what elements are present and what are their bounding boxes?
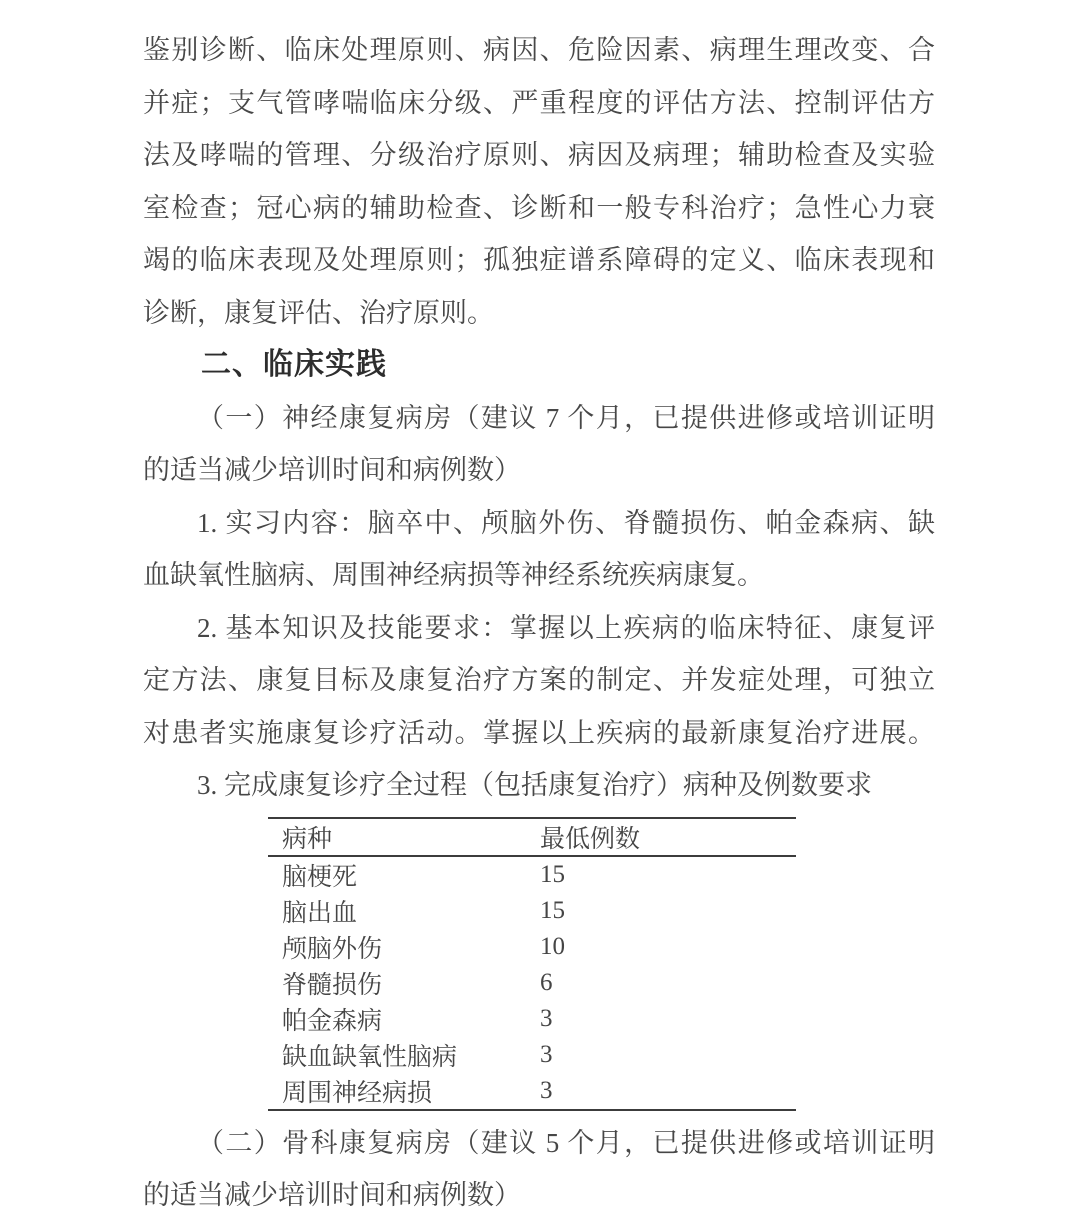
table-cell-min-cases: 15 xyxy=(540,856,796,893)
table-row: 脑梗死 15 xyxy=(268,856,796,893)
paragraph-line: 鉴别诊断、临床处理原则、病因、危险因素、病理生理改变、合 xyxy=(143,24,935,77)
table-cell-disease: 脊髓损伤 xyxy=(268,965,540,1001)
subsection-neuro-rehab-line: （一）神经康复病房（建议 7 个月，已提供进修或培训证明 xyxy=(143,392,935,445)
table-header-min-cases: 最低例数 xyxy=(540,818,796,856)
table-row: 脑出血 15 xyxy=(268,893,796,929)
document-page: 鉴别诊断、临床处理原则、病因、危险因素、病理生理改变、合 并症；支气管哮喘临床分… xyxy=(0,0,1080,1214)
item-knowledge-skills-line: 对患者实施康复诊疗活动。掌握以上疾病的最新康复治疗进展。 xyxy=(143,707,935,760)
paragraph-line: 法及哮喘的管理、分级治疗原则、病因及病理；辅助检查及实验 xyxy=(143,129,935,182)
table-cell-disease: 脑梗死 xyxy=(268,856,540,893)
item-internship-content-line: 1. 实习内容：脑卒中、颅脑外伤、脊髓损伤、帕金森病、缺 xyxy=(143,497,935,550)
item-case-requirements-line: 3. 完成康复诊疗全过程（包括康复治疗）病种及例数要求 xyxy=(143,759,935,812)
table-row: 周围神经病损 3 xyxy=(268,1073,796,1110)
table-cell-min-cases: 10 xyxy=(540,929,796,965)
table-cell-min-cases: 6 xyxy=(540,965,796,1001)
table-cell-disease: 周围神经病损 xyxy=(268,1073,540,1110)
item-knowledge-skills-line: 定方法、康复目标及康复治疗方案的制定、并发症处理，可独立 xyxy=(143,654,935,707)
table-cell-disease: 帕金森病 xyxy=(268,1001,540,1037)
table-cell-disease: 颅脑外伤 xyxy=(268,929,540,965)
paragraph-line: 竭的临床表现及处理原则；孤独症谱系障碍的定义、临床表现和 xyxy=(143,234,935,287)
item-internship-content-line: 血缺氧性脑病、周围神经病损等神经系统疾病康复。 xyxy=(143,549,935,602)
subsection-ortho-rehab-line: 的适当减少培训时间和病例数） xyxy=(143,1169,935,1214)
paragraph-line: 并症；支气管哮喘临床分级、严重程度的评估方法、控制评估方 xyxy=(143,77,935,130)
item-knowledge-skills-line: 2. 基本知识及技能要求：掌握以上疾病的临床特征、康复评 xyxy=(143,602,935,655)
table-row: 颅脑外伤 10 xyxy=(268,929,796,965)
section-heading-clinical-practice: 二、临床实践 xyxy=(143,339,935,392)
table-cell-min-cases: 3 xyxy=(540,1001,796,1037)
table-header-row: 病种 最低例数 xyxy=(268,818,796,856)
paragraph-line: 室检查；冠心病的辅助检查、诊断和一般专科治疗；急性心力衰 xyxy=(143,182,935,235)
table-cell-min-cases: 15 xyxy=(540,893,796,929)
paragraph-line: 诊断，康复评估、治疗原则。 xyxy=(143,287,935,340)
table-row: 帕金森病 3 xyxy=(268,1001,796,1037)
document-content: 鉴别诊断、临床处理原则、病因、危险因素、病理生理改变、合 并症；支气管哮喘临床分… xyxy=(143,24,935,1214)
subsection-ortho-rehab-line: （二）骨科康复病房（建议 5 个月，已提供进修或培训证明 xyxy=(143,1117,935,1170)
table-header-disease: 病种 xyxy=(268,818,540,856)
table-row: 缺血缺氧性脑病 3 xyxy=(268,1037,796,1073)
table-cell-disease: 缺血缺氧性脑病 xyxy=(268,1037,540,1073)
table-cell-min-cases: 3 xyxy=(540,1073,796,1110)
table-cell-min-cases: 3 xyxy=(540,1037,796,1073)
subsection-neuro-rehab-line: 的适当减少培训时间和病例数） xyxy=(143,444,935,497)
case-requirements-table: 病种 最低例数 脑梗死 15 脑出血 15 颅脑外伤 10 脊髓损伤 xyxy=(268,817,796,1111)
table-row: 脊髓损伤 6 xyxy=(268,965,796,1001)
table-cell-disease: 脑出血 xyxy=(268,893,540,929)
